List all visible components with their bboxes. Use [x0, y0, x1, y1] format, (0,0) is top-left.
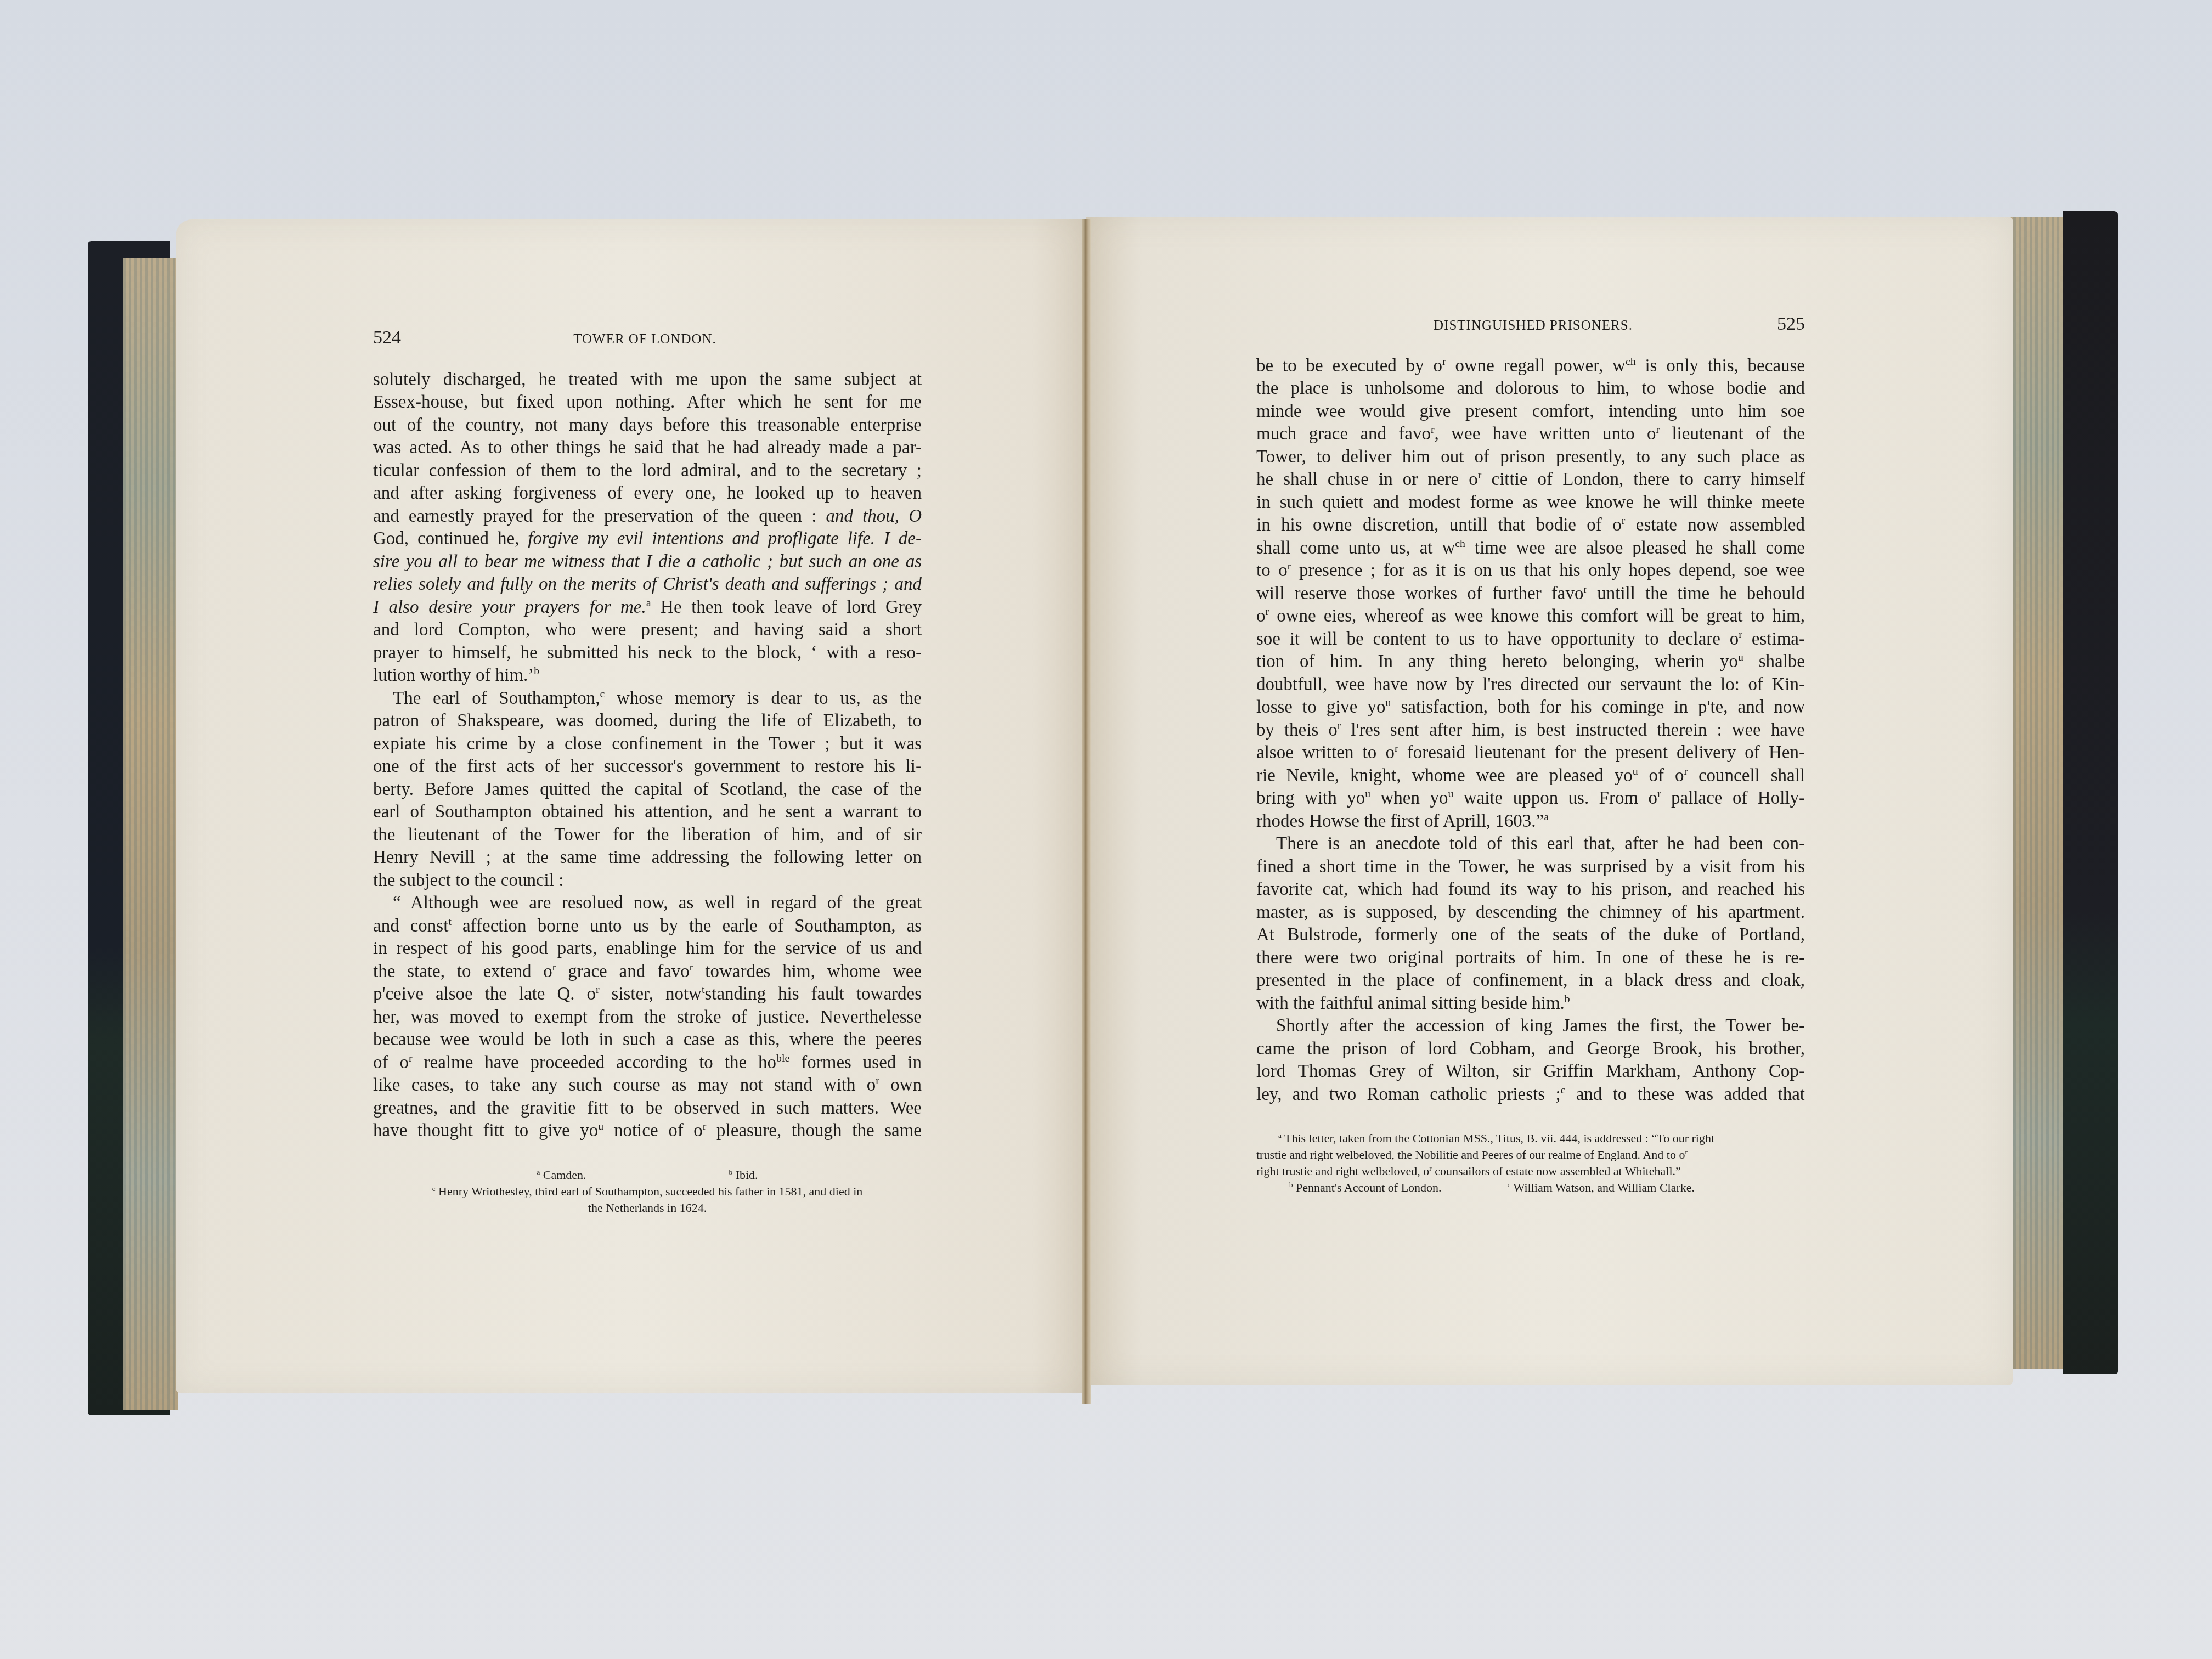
- marbled-edge-right: [2008, 217, 2063, 1369]
- text-line: the lieutenant of the Tower for the libe…: [373, 824, 922, 847]
- text-line: patron of Shakspeare, was doomed, during…: [373, 710, 922, 733]
- text-line: the place is unholsome and dolorous to h…: [1256, 377, 1805, 400]
- text-line: her, was moved to exempt from the stroke…: [373, 1006, 922, 1029]
- footnote-ref: c: [1561, 1084, 1566, 1096]
- text-line: There is an anecdote told of this earl t…: [1256, 833, 1805, 856]
- text-line: soe it will be content to us to have opp…: [1256, 628, 1805, 651]
- footnote-ref: b: [1565, 993, 1570, 1005]
- right-footnotes: a This letter, taken from the Cottonian …: [1256, 1130, 1805, 1196]
- text-line: have thought fitt to give you notice of …: [373, 1120, 922, 1143]
- text-line: relies solely and fully on the merits of…: [373, 573, 922, 596]
- footnote-b: b Pennant's Account of London.: [1289, 1180, 1442, 1196]
- text-line: ticular confession of them to the lord a…: [373, 460, 922, 483]
- running-title: TOWER OF LONDON.: [573, 328, 716, 351]
- text-line: sire you all to bear me witness that I d…: [373, 551, 922, 574]
- footnote-a: a This letter, taken from the Cottonian …: [1256, 1130, 1805, 1147]
- page-number: 524: [373, 326, 401, 349]
- footnote-ref: a: [1544, 811, 1549, 823]
- text-line: in respect of his good parts, enablinge …: [373, 938, 922, 961]
- text-line: because wee would be loth in such a case…: [373, 1029, 922, 1052]
- text-line: be to be executed by or owne regall powe…: [1256, 355, 1805, 378]
- footnote-c: c William Watson, and William Clarke.: [1508, 1180, 1695, 1196]
- text-line: solutely discharged, he treated with me …: [373, 369, 922, 392]
- text-line: alsoe written to or foresaid lieutenant …: [1256, 742, 1805, 765]
- text-line: master, as is supposed, by descending th…: [1256, 901, 1805, 924]
- text-line: or owne eies, whereof as wee knowe this …: [1256, 605, 1805, 628]
- text-line: much grace and favor, wee have written u…: [1256, 423, 1805, 446]
- book-gutter: [1082, 219, 1091, 1404]
- text-line: was acted. As to other things he said th…: [373, 437, 922, 460]
- text-line: bring with you when you waite uppon us. …: [1256, 787, 1805, 810]
- left-page-text: 524 TOWER OF LONDON. solutely discharged…: [373, 326, 922, 1216]
- text-line: and after asking forgiveness of every on…: [373, 482, 922, 505]
- text-line: greatnes, and the gravitie fitt to be ob…: [373, 1097, 922, 1120]
- left-running-head: 524 TOWER OF LONDON.: [373, 326, 922, 351]
- footnote-ref: b: [534, 665, 539, 677]
- footnote-ref: c: [600, 688, 605, 700]
- text-line: fined a short time in the Tower, he was …: [1256, 856, 1805, 879]
- text-line: the state, to extend or grace and favor …: [373, 961, 922, 984]
- text-line: he shall chuse in or nere or cittie of L…: [1256, 469, 1805, 492]
- text-line: there were two original portraits of him…: [1256, 947, 1805, 970]
- text-line: and lord Compton, who were present; and …: [373, 619, 922, 642]
- running-title: DISTINGUISHED PRISONERS.: [1434, 314, 1633, 337]
- text-line: like cases, to take any such course as m…: [373, 1074, 922, 1097]
- text-line: berty. Before James quitted the capital …: [373, 778, 922, 802]
- text-line: came the prison of lord Cobham, and Geor…: [1256, 1038, 1805, 1061]
- text-line: one of the first acts of her successor's…: [373, 755, 922, 778]
- page-number: 525: [1777, 313, 1805, 336]
- text-line: tion of him. In any thing hereto belongi…: [1256, 651, 1805, 674]
- marbled-edge-left: [123, 258, 178, 1410]
- text-line: will reserve those workes of further fav…: [1256, 583, 1805, 606]
- text-line: Essex-house, but fixed upon nothing. Aft…: [373, 391, 922, 414]
- book-cover-right: [2063, 211, 2118, 1374]
- text-line: Tower, to deliver him out of prison pres…: [1256, 446, 1805, 469]
- text-line: doubtfull, wee have now by l'res directe…: [1256, 674, 1805, 697]
- text-line: to or presence ; for as it is on us that…: [1256, 560, 1805, 583]
- text-line: At Bulstrode, formerly one of the seats …: [1256, 924, 1805, 947]
- text-line: in such quiett and modest forme as wee k…: [1256, 492, 1805, 515]
- text-line: shall come unto us, at wch time wee are …: [1256, 537, 1805, 560]
- right-page-text: DISTINGUISHED PRISONERS. 525 be to be ex…: [1256, 313, 1805, 1196]
- footnote-ref: a: [646, 597, 651, 609]
- text-line: prayer to himself, he submitted his neck…: [373, 642, 922, 665]
- text-line: and constt affection borne unto us by th…: [373, 915, 922, 938]
- footnote-c: c Henry Wriothesley, third earl of South…: [373, 1183, 922, 1216]
- text-line: lord Thomas Grey of Wilton, sir Griffin …: [1256, 1060, 1805, 1084]
- text-line: favorite cat, which had found its way to…: [1256, 878, 1805, 901]
- text-line: I also desire your prayers for me.a He t…: [373, 596, 922, 619]
- left-footnotes: a Camden. b Ibid. c Henry Wriothesley, t…: [373, 1167, 922, 1216]
- text-line: “ Although wee are resolued now, as well…: [373, 892, 922, 915]
- text-line: the subject to the council :: [373, 870, 922, 893]
- text-line: The earl of Southampton,c whose memory i…: [373, 687, 922, 710]
- text-line: in his owne discretion, untill that bodi…: [1256, 514, 1805, 537]
- text-line: earl of Southampton obtained his attenti…: [373, 801, 922, 824]
- text-line: God, continued he, forgive my evil inten…: [373, 528, 922, 551]
- footnote-b: b Ibid.: [729, 1167, 758, 1183]
- text-line: rie Nevile, knight, whome wee are please…: [1256, 765, 1805, 788]
- footnote-a: a Camden.: [537, 1167, 586, 1183]
- text-line: with the faithful animal sitting beside …: [1256, 992, 1805, 1015]
- text-line: Shortly after the accession of king Jame…: [1256, 1015, 1805, 1038]
- text-line: out of the country, not many days before…: [373, 414, 922, 437]
- text-line: ley, and two Roman catholic priests ;c a…: [1256, 1084, 1805, 1107]
- text-line: and earnestly prayed for the preservatio…: [373, 505, 922, 528]
- text-line: presented in the place of confinement, i…: [1256, 969, 1805, 992]
- text-line: by theis or l'res sent after him, is bes…: [1256, 719, 1805, 742]
- text-line: minde wee would give present comfort, in…: [1256, 400, 1805, 424]
- text-line: losse to give you satisfaction, both for…: [1256, 696, 1805, 719]
- text-line: of or realme have proceeded according to…: [373, 1052, 922, 1075]
- right-running-head: DISTINGUISHED PRISONERS. 525: [1256, 313, 1805, 337]
- text-line: rhodes Howse the first of Aprill, 1603.”…: [1256, 810, 1805, 833]
- text-line: Henry Nevill ; at the same time addressi…: [373, 847, 922, 870]
- text-line: lution worthy of him.’b: [373, 664, 922, 687]
- text-line: expiate his crime by a close confinement…: [373, 733, 922, 756]
- text-line: p'ceive alsoe the late Q. or sister, not…: [373, 983, 922, 1006]
